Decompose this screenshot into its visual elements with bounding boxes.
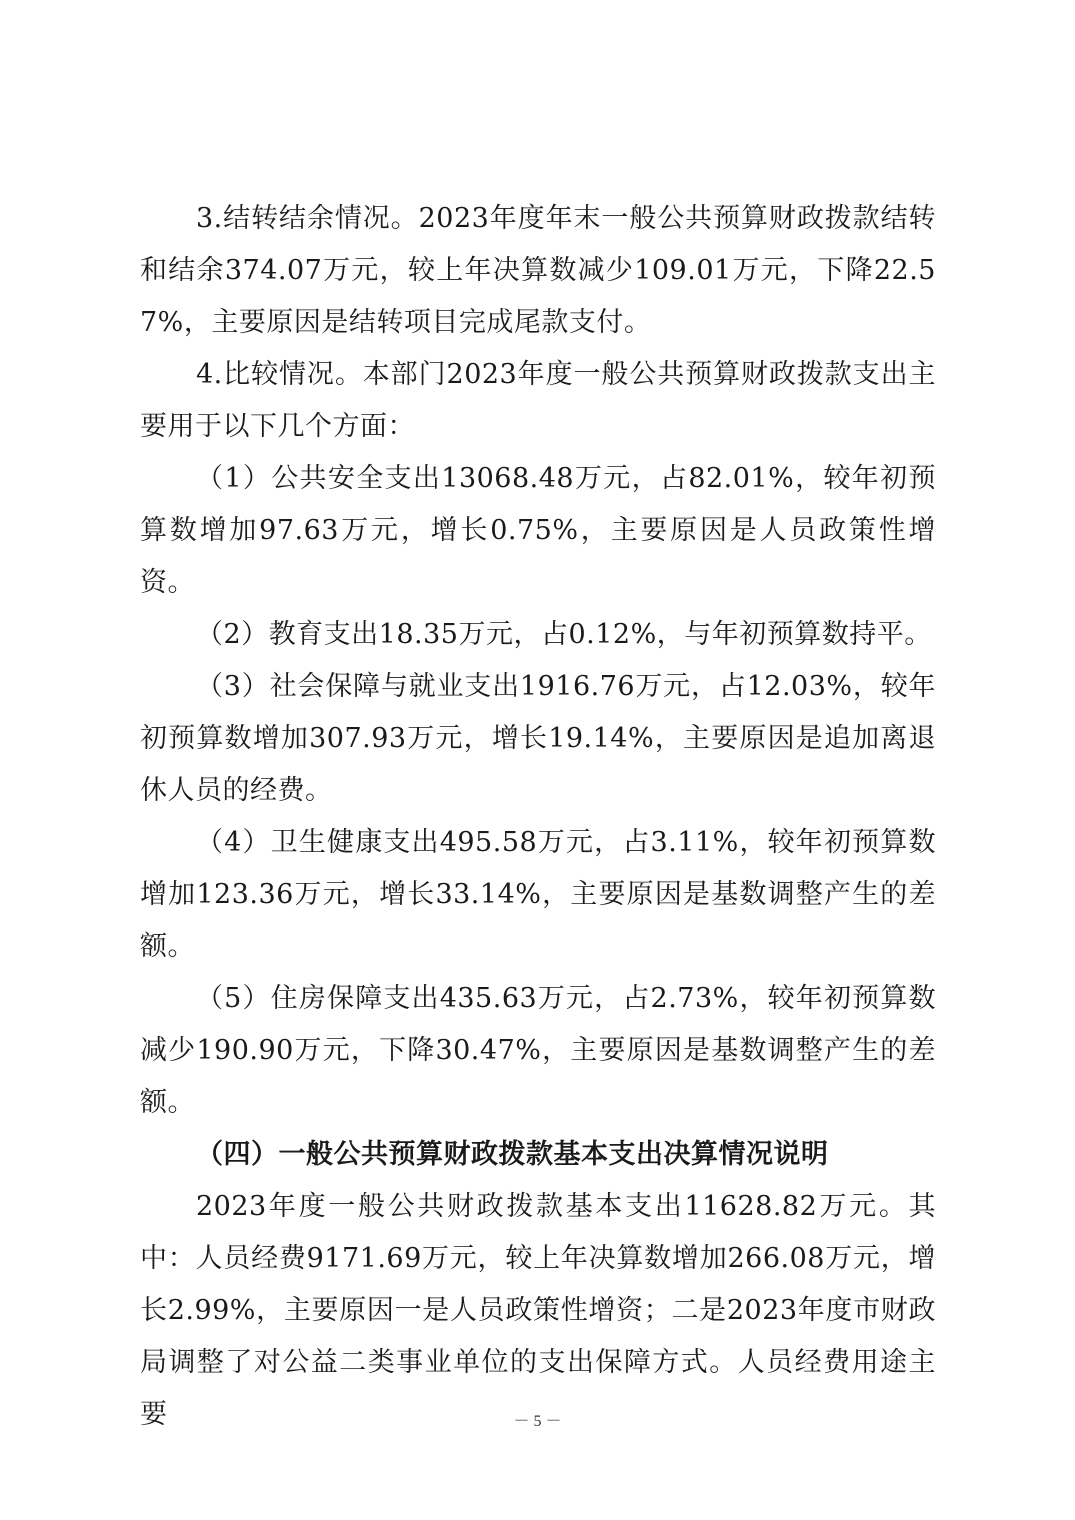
section-heading: （四）一般公共预算财政拨款基本支出决算情况说明 (140, 1129, 936, 1181)
paragraph-housing-expenditure: （5）住房保障支出435.63万元，占2.73%，较年初预算数减少190.90万… (140, 973, 936, 1129)
paragraph-social-security-expenditure: （3）社会保障与就业支出1916.76万元，占12.03%，较年初预算数增加30… (140, 661, 936, 817)
paragraph-basic-expenditure: 2023年度一般公共财政拨款基本支出11628.82万元。其中：人员经费9171… (140, 1181, 936, 1441)
paragraph-health-expenditure: （4）卫生健康支出495.58万元，占3.11%，较年初预算数增加123.36万… (140, 817, 936, 973)
document-page: 3.结转结余情况。2023年度年末一般公共预算财政拨款结转和结余374.07万元… (140, 193, 936, 1441)
paragraph-education-expenditure: （2）教育支出18.35万元，占0.12%，与年初预算数持平。 (140, 609, 936, 661)
paragraph-public-security-expenditure: （1）公共安全支出13068.48万元，占82.01%，较年初预算数增加97.6… (140, 453, 936, 609)
paragraph-carryover-balance: 3.结转结余情况。2023年度年末一般公共预算财政拨款结转和结余374.07万元… (140, 193, 936, 349)
paragraph-comparison-intro: 4.比较情况。本部门2023年度一般公共预算财政拨款支出主要用于以下几个方面： (140, 349, 936, 453)
page-number: － 5 － (0, 1408, 1075, 1431)
